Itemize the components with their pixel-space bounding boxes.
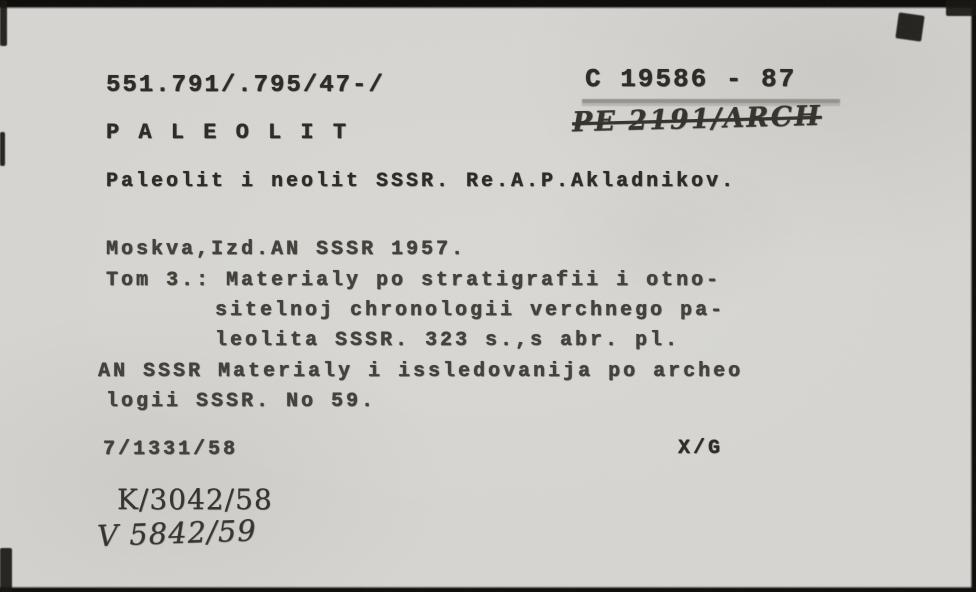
scan-artifact xyxy=(895,12,924,41)
scan-artifact xyxy=(0,548,12,592)
title-statement: Paleolit i neolit SSSR. Re.A.P.Akladniko… xyxy=(106,170,736,194)
imprint-line: Moskva,Izd.AN SSSR 1957. xyxy=(106,238,466,262)
collation-line: sitelnoj chronologii verchnego pa- xyxy=(215,299,725,323)
scan-edge-top xyxy=(0,0,976,9)
location-code: X/G xyxy=(678,437,723,461)
cancelled-shelf-mark: PE 2191/ARCH xyxy=(572,101,822,139)
series-line: AN SSSR Materialy i issledovanija po arc… xyxy=(98,360,743,384)
shelf-mark: C 19586 - 87 xyxy=(585,64,796,95)
scanned-catalog-card: 551.791/.795/47-/ C 19586 - 87 PE 2191/A… xyxy=(0,0,976,592)
accession-number: 7/1331/58 xyxy=(103,438,238,462)
scan-artifact xyxy=(0,132,5,166)
scan-artifact xyxy=(0,0,7,46)
scan-artifact xyxy=(946,0,976,16)
handwritten-accession-number: V 5842/59 xyxy=(96,513,257,553)
scan-edge-bottom xyxy=(0,586,976,592)
collation-line: leolita SSSR. 323 s.,s abr. pl. xyxy=(215,329,680,353)
subject-heading: P A L E O L I T xyxy=(106,120,349,146)
collation-line: Tom 3.: Materialy po stratigrafii i otno… xyxy=(106,269,721,293)
classification-number: 551.791/.795/47-/ xyxy=(106,72,385,101)
series-line: logii SSSR. No 59. xyxy=(106,390,376,414)
handwritten-accession-number: K/3042/58 xyxy=(117,483,273,516)
scan-edge-right xyxy=(970,0,976,592)
